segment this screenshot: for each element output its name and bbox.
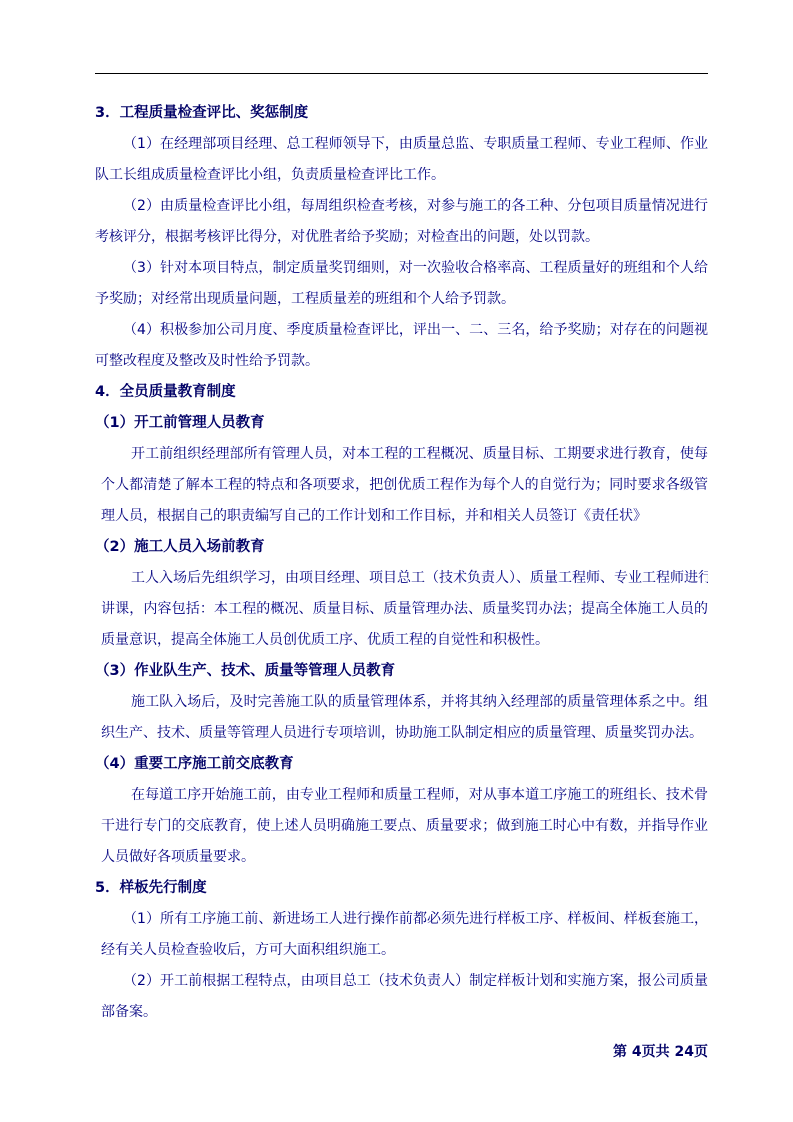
paragraph-line: 考核评分，根据考核评比得分，对优胜者给予奖励；对检查出的问题，处以罚款。 [95,222,708,253]
paragraph-line: 织生产、技术、质量等管理人员进行专项培训，协助施工队制定相应的质量管理、质量奖罚… [95,718,708,749]
header-rule [95,73,708,74]
subsection-heading: （4）重要工序施工前交底教育 [95,749,708,780]
paragraph-line: 个人都清楚了解本工程的特点和各项要求，把创优质工程作为每个人的自觉行为；同时要求… [95,470,708,501]
paragraph-line: 予奖励；对经常出现质量问题，工程质量差的班组和个人给予罚款。 [95,284,708,315]
paragraph-line: 在每道工序开始施工前，由专业工程师和质量工程师，对从事本道工序施工的班组长、技术… [95,780,708,811]
paragraph-line: 队工长组成质量检查评比小组，负责质量检查评比工作。 [95,160,708,191]
paragraph-line: （2）开工前根据工程特点，由项目总工（技术负责人）制定样板计划和实施方案，报公司… [95,966,708,997]
paragraph-line: （1）在经理部项目经理、总工程师领导下，由质量总监、专职质量工程师、专业工程师、… [95,129,708,160]
section-heading-3: 3．工程质量检查评比、奖惩制度 [95,98,708,129]
paragraph-line: 经有关人员检查验收后，方可大面积组织施工。 [95,935,708,966]
paragraph-line: 理人员，根据自己的职责编写自己的工作计划和工作目标，并和相关人员签订《责任状》 [95,501,708,532]
paragraph-line: （4）积极参加公司月度、季度质量检查评比，评出一、二、三名，给予奖励；对存在的问… [95,315,708,346]
subsection-heading: （3）作业队生产、技术、质量等管理人员教育 [95,656,708,687]
paragraph-line: 部备案。 [95,997,708,1028]
paragraph-line: （1）所有工序施工前、新进场工人进行操作前都必须先进行样板工序、样板间、样板套施… [95,904,708,935]
paragraph-line: 干进行专门的交底教育，使上述人员明确施工要点、质量要求；做到施工时心中有数，并指… [95,811,708,842]
section-heading-4: 4．全员质量教育制度 [95,377,708,408]
paragraph-line: 施工队入场后，及时完善施工队的质量管理体系，并将其纳入经理部的质量管理体系之中。… [95,687,708,718]
paragraph-line: 质量意识，提高全体施工人员创优质工序、优质工程的自觉性和积极性。 [95,625,708,656]
paragraph-line: （2）由质量检查评比小组，每周组织检查考核，对参与施工的各工种、分包项目质量情况… [95,191,708,222]
paragraph-line: （3）针对本项目特点，制定质量奖罚细则，对一次验收合格率高、工程质量好的班组和个… [95,253,708,284]
paragraph-line: 讲课，内容包括：本工程的概况、质量目标、质量管理办法、质量奖罚办法；提高全体施工… [95,594,708,625]
subsection-heading: （2）施工人员入场前教育 [95,532,708,563]
paragraph-line: 可整改程度及整改及时性给予罚款。 [95,346,708,377]
subsection-heading: （1）开工前管理人员教育 [95,408,708,439]
document-page: 3．工程质量检查评比、奖惩制度 （1）在经理部项目经理、总工程师领导下，由质量总… [95,98,708,1028]
section-heading-5: 5．样板先行制度 [95,873,708,904]
paragraph-line: 人员做好各项质量要求。 [95,842,708,873]
paragraph-line: 工人入场后先组织学习，由项目经理、项目总工（技术负责人）、质量工程师、专业工程师… [95,563,708,594]
paragraph-line: 开工前组织经理部所有管理人员，对本工程的工程概况、质量目标、工期要求进行教育，使… [95,439,708,470]
page-number: 第 4页共 24页 [613,1041,708,1061]
